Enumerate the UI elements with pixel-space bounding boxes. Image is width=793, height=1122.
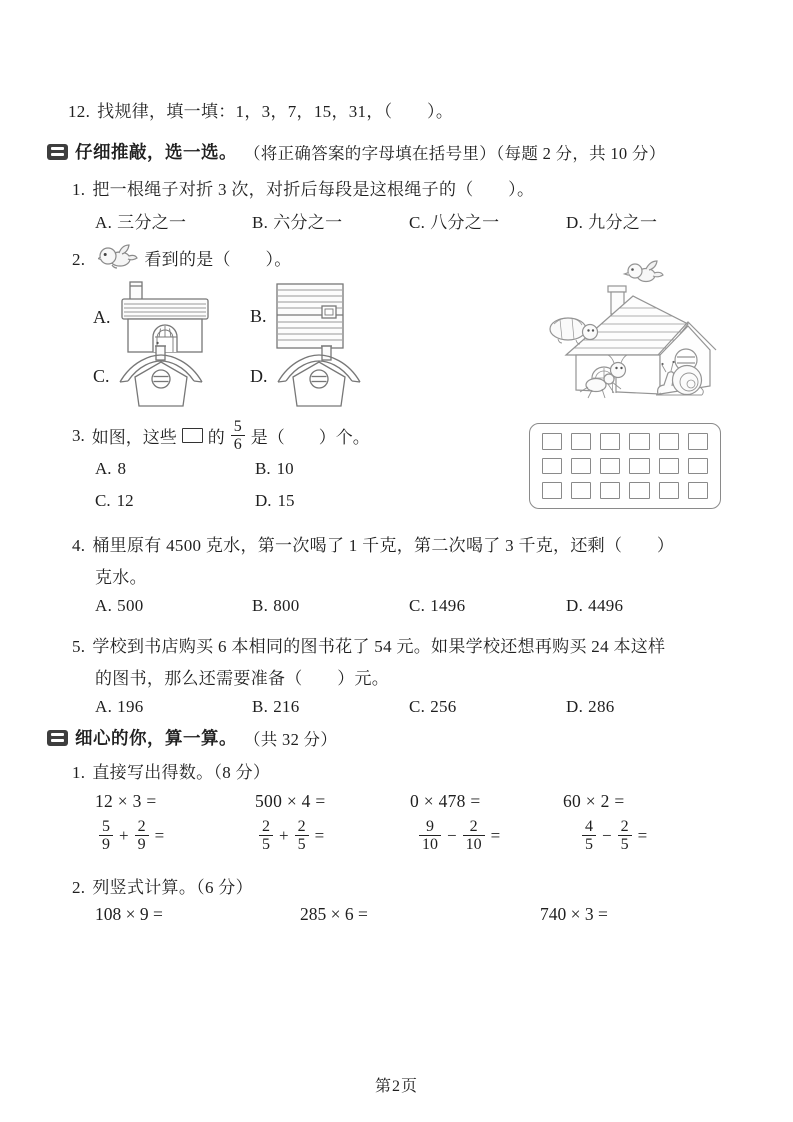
choice-q4-line2: 克水。 [95, 563, 147, 588]
test-paper-page: 12.找规律，填一填：1，3，7，15，31，（ ）。 仔细推敲，选一选。 （将… [0, 0, 793, 1122]
mult-problem-3: 0 × 478 = [410, 791, 563, 812]
choice-q4-number: 4. [72, 536, 85, 555]
choice-q3-options-row1: A.8 B.10 [95, 459, 415, 479]
roof-top-view-image [275, 282, 345, 350]
choice-q4-line1: 4.桶里原有 4500 克水，第一次喝了 1 千克，第二次喝了 3 千克，还剩（… [72, 531, 674, 556]
option-b: B.216 [252, 697, 409, 717]
grid-cell [542, 458, 562, 475]
grid-cell [571, 458, 591, 475]
question-12: 12.找规律，填一填：1，3，7，15，31，（ ）。 [68, 97, 453, 122]
grid-cell [688, 482, 708, 499]
grid-cell [542, 482, 562, 499]
choice-q5-number: 5. [72, 637, 85, 656]
counter-grid [529, 423, 721, 509]
choice-q3-pre: 如图，这些 [92, 423, 177, 448]
calc-q2-title: 2.列竖式计算。（6 分） [72, 873, 253, 898]
choice-q3-mid: 的 [208, 423, 225, 448]
grid-cell [688, 458, 708, 475]
calc-q2-number: 2. [72, 878, 85, 897]
counter-grid-cells [542, 433, 708, 499]
calc-q1-title: 1.直接写出得数。（8 分） [72, 758, 270, 783]
option-b: B.800 [252, 596, 409, 616]
choice-q5-text2: 的图书，那么还需要准备（ ）元。 [95, 669, 389, 688]
frac-problem-2: 25 + 25 = [259, 818, 419, 854]
section-calc-header: 细心的你，算一算。 （共 32 分） [47, 725, 337, 750]
book-icon [47, 144, 68, 160]
grid-cell [659, 458, 679, 475]
vertical-calc-3: 740 × 3 = [540, 904, 608, 925]
choice-q5-options: A.196 B.216 C.256 D.286 [95, 697, 723, 717]
bird-icon [98, 244, 138, 271]
grid-cell [659, 482, 679, 499]
choice-q2-option-c: C. [93, 345, 204, 408]
choice-q3: 3. 如图，这些 的 56 是（ ）个。 [72, 418, 370, 454]
mult-problem-2: 500 × 4 = [255, 791, 410, 812]
grid-cell [659, 433, 679, 450]
choice-q3-post: 是（ ）个。 [251, 423, 370, 448]
option-a: A.三分之一 [95, 208, 252, 233]
option-a: A.196 [95, 697, 252, 717]
square-symbol [182, 428, 203, 443]
choice-q2-number: 2. [72, 250, 85, 269]
calc-q2-row: 108 × 9 = 285 × 6 = 740 × 3 = [95, 904, 608, 925]
section-calc-title: 细心的你，算一算。 [75, 725, 237, 750]
choice-q3-options-row2: C.12 D.15 [95, 491, 415, 511]
option-d: D.286 [566, 697, 723, 717]
house-scene-illustration [538, 256, 740, 406]
book-icon [47, 730, 68, 746]
choice-q5-line2: 的图书，那么还需要准备（ ）元。 [95, 664, 389, 689]
grid-cell [688, 433, 708, 450]
mult-problem-1: 12 × 3 = [95, 791, 255, 812]
choice-q5-text1: 学校到书店购买 6 本相同的图书花了 54 元。如果学校还想再购买 24 本这样 [92, 637, 665, 656]
section-choice-title: 仔细推敲，选一选。 [75, 139, 237, 164]
choice-q4-options: A.500 B.800 C.1496 D.4496 [95, 596, 723, 616]
choice-q1: 1.把一根绳子对折 3 次，对折后每段是这根绳子的（ ）。 [72, 175, 534, 200]
choice-q2-option-b: B. [250, 282, 345, 350]
section-choice-note: （将正确答案的字母填在括号里）（每题 2 分，共 10 分） [244, 140, 666, 164]
option-d: D.15 [255, 491, 415, 511]
choice-q1-number: 1. [72, 180, 85, 199]
vertical-calc-1: 108 × 9 = [95, 904, 300, 925]
page-footer: 第2页 [0, 1073, 793, 1096]
choice-q2-option-d: D. [250, 345, 362, 408]
choice-q1-text: 把一根绳子对折 3 次，对折后每段是这根绳子的（ ）。 [92, 180, 534, 199]
grid-cell [600, 433, 620, 450]
question-12-number: 12. [68, 102, 90, 121]
option-d: D.4496 [566, 596, 723, 616]
grid-cell [542, 433, 562, 450]
option-a-label: A. [93, 307, 111, 328]
page-number: 第2页 [375, 1078, 418, 1095]
option-c: C.1496 [409, 596, 566, 616]
calc-q1-number: 1. [72, 763, 85, 782]
option-c: C.八分之一 [409, 208, 566, 233]
frac-problem-1: 59 + 29 = [99, 818, 259, 854]
grid-cell [571, 433, 591, 450]
option-a: A.8 [95, 459, 255, 479]
option-d-label: D. [250, 366, 268, 387]
option-b-label: B. [250, 306, 267, 327]
fraction-5-6: 56 [231, 418, 245, 454]
calc-q2-title-text: 列竖式计算。（6 分） [92, 878, 253, 897]
mult-problem-4: 60 × 2 = [563, 791, 720, 812]
calc-q1-frac-row: 59 + 29 = 25 + 25 = 910 − 210 = 45 − 25 … [99, 818, 742, 854]
house-gable-view-image [118, 345, 204, 408]
grid-cell [629, 458, 649, 475]
house-gable-view-image-2 [276, 345, 362, 408]
choice-q3-number: 3. [72, 426, 85, 446]
option-b: B.10 [255, 459, 415, 479]
option-c: C.12 [95, 491, 255, 511]
question-12-text: 找规律，填一填：1，3，7，15，31，（ ）。 [97, 102, 453, 121]
scene-bird [625, 261, 664, 282]
section-choice-header: 仔细推敲，选一选。 （将正确答案的字母填在括号里）（每题 2 分，共 10 分） [47, 139, 666, 164]
option-c-label: C. [93, 366, 110, 387]
option-a: A.500 [95, 596, 252, 616]
frac-problem-3: 910 − 210 = [419, 818, 582, 854]
grid-cell [629, 433, 649, 450]
choice-q2: 2.看到的是（ ）。 [72, 244, 292, 271]
calc-q1-title-text: 直接写出得数。（8 分） [92, 763, 270, 782]
choice-q2-text: 看到的是（ ）。 [144, 250, 291, 269]
grid-cell [629, 482, 649, 499]
choice-q4-text1: 桶里原有 4500 克水，第一次喝了 1 千克，第二次喝了 3 千克，还剩（ ） [92, 536, 674, 555]
grid-cell [600, 458, 620, 475]
house-front-view-image [119, 281, 211, 353]
option-c: C.256 [409, 697, 566, 717]
grid-cell [600, 482, 620, 499]
calc-q1-mult-row: 12 × 3 = 500 × 4 = 0 × 478 = 60 × 2 = [95, 791, 720, 812]
section-calc-note: （共 32 分） [244, 726, 337, 750]
vertical-calc-2: 285 × 6 = [300, 904, 540, 925]
grid-cell [571, 482, 591, 499]
choice-q1-options: A.三分之一 B.六分之一 C.八分之一 D.九分之一 [95, 208, 723, 233]
option-b: B.六分之一 [252, 208, 409, 233]
choice-q2-option-a: A. [93, 281, 211, 353]
choice-q4-text2: 克水。 [95, 568, 147, 587]
frac-problem-4: 45 − 25 = [582, 818, 742, 854]
choice-q5-line1: 5.学校到书店购买 6 本相同的图书花了 54 元。如果学校还想再购买 24 本… [72, 632, 665, 657]
option-d: D.九分之一 [566, 208, 723, 233]
